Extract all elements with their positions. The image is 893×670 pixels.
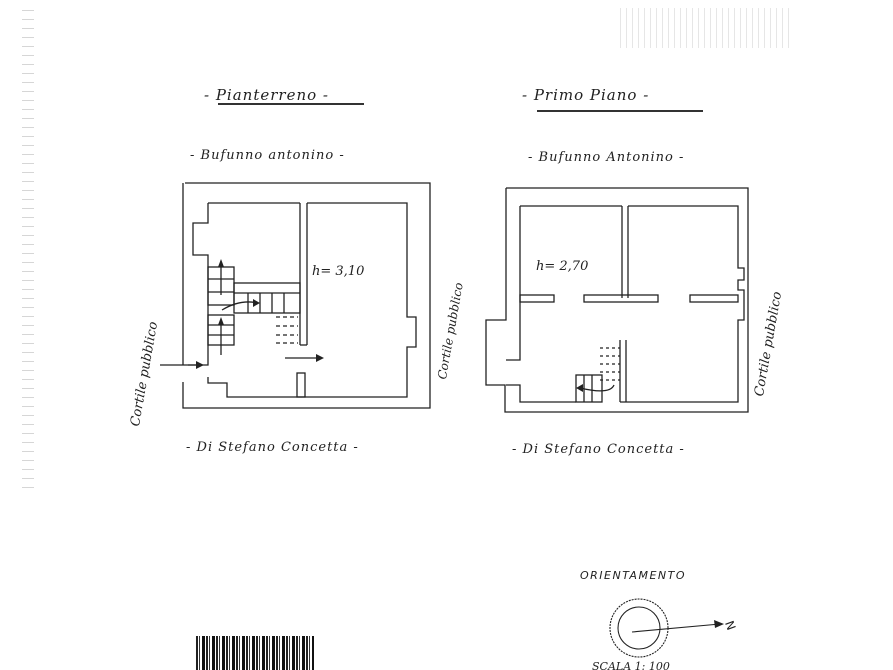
plan-title-first-floor: - Primo Piano - [522, 86, 649, 104]
side-label-right-first: Cortile pubblico [752, 290, 785, 397]
header-scan-marks [620, 8, 790, 48]
margin-scan-marks [22, 10, 34, 490]
north-symbol: N [722, 619, 738, 632]
title-underline [537, 110, 703, 112]
plan-title-ground-floor: - Pianterreno - [204, 86, 329, 104]
neighbor-bottom-first: - Di Stefano Concetta - [512, 442, 685, 457]
scale-label: SCALA 1: 100 [592, 660, 670, 670]
neighbor-top-first: - Bufunno Antonino - [528, 150, 684, 165]
height-label-ground: h= 3,10 [312, 264, 364, 279]
title-underline [218, 103, 364, 105]
side-label-left-ground: Cortile pubblico [128, 320, 161, 427]
height-label-first: h= 2,70 [536, 259, 588, 274]
barcode [196, 636, 314, 670]
orientation-label: ORIENTAMENTO [580, 569, 686, 582]
neighbor-top-ground: - Bufunno antonino - [190, 148, 345, 163]
neighbor-bottom-ground: - Di Stefano Concetta - [186, 440, 359, 455]
north-arrow-compass: N [600, 595, 740, 670]
ground-floor-plan: h= 3,10 [160, 175, 450, 420]
first-floor-plan: h= 2,70 [480, 180, 750, 420]
